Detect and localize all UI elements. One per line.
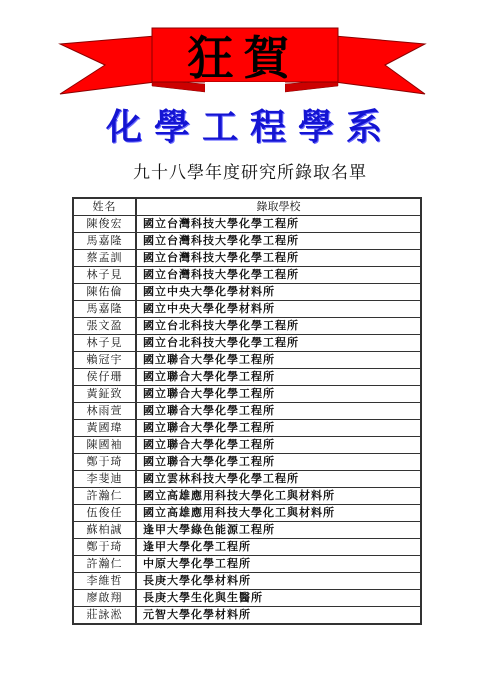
student-name: 李斐迪: [73, 471, 136, 488]
table-row: 林雨萱國立聯合大學化學工程所: [73, 403, 421, 420]
admission-table: 姓名 錄取學校 陳俊宏國立台灣科技大學化學工程所 馬嘉隆國立台灣科技大學化學工程…: [72, 197, 422, 625]
student-name: 許瀚仁: [73, 488, 136, 505]
admitted-school: 國立中央大學化學材料所: [136, 301, 421, 318]
student-name: 許瀚仁: [73, 556, 136, 573]
admitted-school: 國立台灣科技大學化學工程所: [136, 267, 421, 284]
list-title: 九十八學年度研究所錄取名單: [100, 156, 400, 184]
student-name: 莊詠淞: [73, 607, 136, 625]
student-name: 蔡孟訓: [73, 250, 136, 267]
student-name: 陳佑倫: [73, 284, 136, 301]
student-name: 林子見: [73, 335, 136, 352]
table-row: 馬嘉隆國立中央大學化學材料所: [73, 301, 421, 318]
student-name: 黃鉦致: [73, 386, 136, 403]
table-row: 伍俊任國立高雄應用科技大學化工與材料所: [73, 505, 421, 522]
table-row: 李維哲長庚大學化學材料所: [73, 573, 421, 590]
student-name: 蘇柏誠: [73, 522, 136, 539]
table-header-row: 姓名 錄取學校: [73, 198, 421, 216]
admitted-school: 國立台北科技大學化學工程所: [136, 335, 421, 352]
table-row: 李斐迪國立雲林科技大學化學工程所: [73, 471, 421, 488]
table-row: 賴冠宇國立聯合大學化學工程所: [73, 352, 421, 369]
table-row: 許瀚仁中原大學化學工程所: [73, 556, 421, 573]
table-row: 陳俊宏國立台灣科技大學化學工程所: [73, 216, 421, 233]
admitted-school: 逢甲大學綠色能源工程所: [136, 522, 421, 539]
table-row: 黃鉦致國立聯合大學化學工程所: [73, 386, 421, 403]
admitted-school: 國立聯合大學化學工程所: [136, 386, 421, 403]
student-name: 賴冠宇: [73, 352, 136, 369]
table-row: 馬嘉隆國立台灣科技大學化學工程所: [73, 233, 421, 250]
admitted-school: 國立聯合大學化學工程所: [136, 437, 421, 454]
table-row: 許瀚仁國立高雄應用科技大學化工與材料所: [73, 488, 421, 505]
table-row: 蘇柏誠逢甲大學綠色能源工程所: [73, 522, 421, 539]
table-row: 林子見國立台北科技大學化學工程所: [73, 335, 421, 352]
student-name: 張文盈: [73, 318, 136, 335]
student-name: 黃國瑋: [73, 420, 136, 437]
table-row: 莊詠淞元智大學化學材料所: [73, 607, 421, 625]
student-name: 陳俊宏: [73, 216, 136, 233]
admitted-school: 國立高雄應用科技大學化工與材料所: [136, 505, 421, 522]
student-name: 馬嘉隆: [73, 301, 136, 318]
admitted-school: 國立台北科技大學化學工程所: [136, 318, 421, 335]
admitted-school: 元智大學化學材料所: [136, 607, 421, 625]
table-row: 林子見國立台灣科技大學化學工程所: [73, 267, 421, 284]
admitted-school: 國立中央大學化學材料所: [136, 284, 421, 301]
admitted-school: 國立聯合大學化學工程所: [136, 352, 421, 369]
admitted-school: 國立雲林科技大學化學工程所: [136, 471, 421, 488]
student-name: 李維哲: [73, 573, 136, 590]
admitted-school: 國立高雄應用科技大學化工與材料所: [136, 488, 421, 505]
banner-title: 狂賀: [152, 28, 335, 88]
column-header-school: 錄取學校: [136, 198, 421, 216]
table-row: 陳國袖國立聯合大學化學工程所: [73, 437, 421, 454]
student-name: 伍俊任: [73, 505, 136, 522]
admitted-school: 國立聯合大學化學工程所: [136, 420, 421, 437]
admitted-school: 國立台灣科技大學化學工程所: [136, 233, 421, 250]
table-row: 侯仔珊國立聯合大學化學工程所: [73, 369, 421, 386]
admitted-school: 國立聯合大學化學工程所: [136, 403, 421, 420]
table-row: 黃國瑋國立聯合大學化學工程所: [73, 420, 421, 437]
table-row: 陳佑倫國立中央大學化學材料所: [73, 284, 421, 301]
student-name: 鄭于琦: [73, 539, 136, 556]
department-title: 化學工程學系: [80, 100, 420, 148]
table-row: 張文盈國立台北科技大學化學工程所: [73, 318, 421, 335]
student-name: 廖啟翔: [73, 590, 136, 607]
student-name: 侯仔珊: [73, 369, 136, 386]
student-name: 陳國袖: [73, 437, 136, 454]
admitted-school: 逢甲大學化學工程所: [136, 539, 421, 556]
column-header-name: 姓名: [73, 198, 136, 216]
table-row: 廖啟翔長庚大學生化與生醫所: [73, 590, 421, 607]
student-name: 林雨萱: [73, 403, 136, 420]
table-row: 鄭于琦國立聯合大學化學工程所: [73, 454, 421, 471]
admitted-school: 長庚大學化學材料所: [136, 573, 421, 590]
admitted-school: 長庚大學生化與生醫所: [136, 590, 421, 607]
admitted-school: 中原大學化學工程所: [136, 556, 421, 573]
admitted-school: 國立台灣科技大學化學工程所: [136, 216, 421, 233]
admitted-school: 國立聯合大學化學工程所: [136, 454, 421, 471]
student-name: 林子見: [73, 267, 136, 284]
student-name: 馬嘉隆: [73, 233, 136, 250]
admitted-school: 國立聯合大學化學工程所: [136, 369, 421, 386]
table-row: 蔡孟訓國立台灣科技大學化學工程所: [73, 250, 421, 267]
admitted-school: 國立台灣科技大學化學工程所: [136, 250, 421, 267]
congratulations-banner: 狂賀: [55, 22, 435, 102]
student-name: 鄭于琦: [73, 454, 136, 471]
table-row: 鄭于琦逢甲大學化學工程所: [73, 539, 421, 556]
